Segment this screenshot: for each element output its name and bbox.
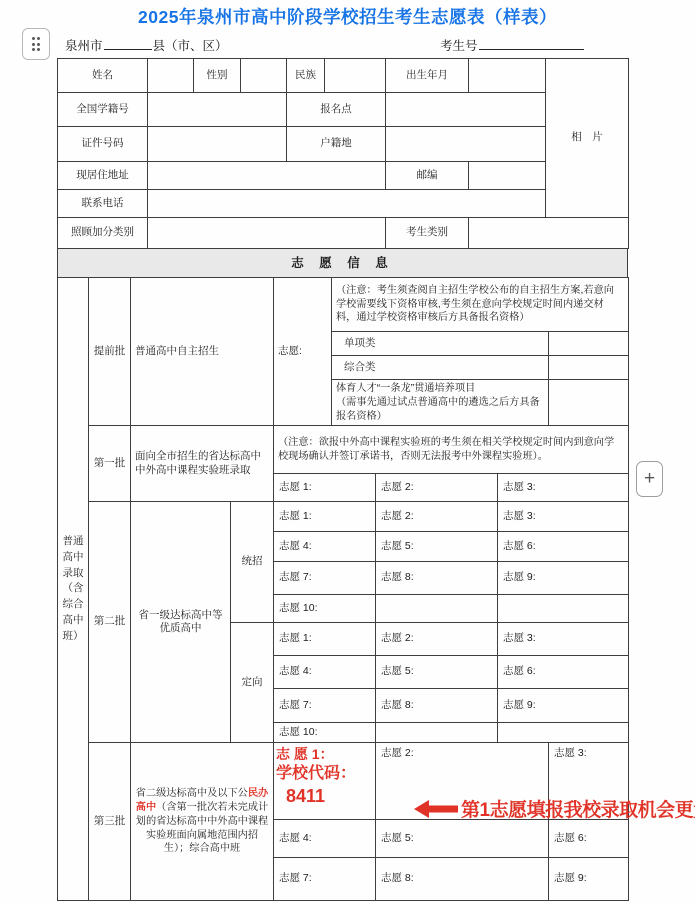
promo-school-code-label: 学校代码： <box>276 764 373 785</box>
b2-dx-label-cell: 定向 <box>231 623 274 743</box>
info-table: 姓名 性别 民族 出生年月 相 片 全国学籍号 报名点 证件号码 户籍地 <box>57 58 629 249</box>
candidate-type-value <box>469 218 629 249</box>
phone-value <box>148 190 546 218</box>
candidate-no-label: 考生号 <box>440 39 478 53</box>
plus-icon: + <box>644 468 655 490</box>
name-value <box>148 59 194 93</box>
pre-sports-cell: 体育人才“一条龙”贯通培养项目 （需事先通过试点普通高中的遴选之后方具备报名资格… <box>332 380 549 426</box>
household-label: 户籍地 <box>287 127 386 162</box>
wish-cell: 志愿 2: <box>376 474 498 502</box>
wish-cell: 志愿 1: <box>274 502 376 532</box>
pre-wish-label-cell: 志愿: <box>274 278 332 426</box>
gender-label: 性别 <box>194 59 241 93</box>
wish-cell: 志愿 10: <box>274 723 376 743</box>
b2-tz-label-cell: 统招 <box>231 502 274 623</box>
batch-label-b1: 第一批 <box>89 426 131 502</box>
wish-cell: 志愿 3: <box>498 623 629 656</box>
student-id-label: 全国学籍号 <box>58 93 148 127</box>
batch-label-b2: 第二批 <box>89 502 131 743</box>
application-form: 姓名 性别 民族 出生年月 相 片 全国学籍号 报名点 证件号码 户籍地 <box>57 58 628 901</box>
wish-cell: 志愿 10: <box>274 595 376 623</box>
wish-cell: 志愿 5: <box>376 820 549 858</box>
b3-desc-part2: （含第一批次若未完成计划的省达标高中中外高中课程实验班面向属地范围内招生）；综合… <box>136 802 268 854</box>
phone-label: 联系电话 <box>58 190 148 218</box>
promo-school-code-value: 8411 <box>276 785 373 808</box>
candidate-no-line: 考生号 <box>440 36 585 54</box>
address-label: 现居住地址 <box>58 162 148 190</box>
region-line: 泉州市县（市、区） <box>65 36 228 54</box>
wish-cell: 志愿 6: <box>498 656 629 689</box>
address-value <box>148 162 386 190</box>
birth-label: 出生年月 <box>386 59 469 93</box>
pre-desc-cell: 普通高中自主招生 <box>131 278 274 426</box>
page-title: 2025年泉州市高中阶段学校招生考生志愿表（样表） <box>0 4 695 29</box>
wish-cell: 志愿 8: <box>376 562 498 595</box>
b1-desc-cell: 面向全市招生的省达标高中中外高中课程实验班录取 <box>131 426 274 502</box>
pre-note-cell: （注意：考生须查阅自主招生学校公布的自主招生方案,若意向学校需要线下资格审核,考… <box>332 278 629 332</box>
b1-note-cell: （注意：欲报中外高中课程实验班的考生须在相关学校规定时间内到意向学校现场确认并签… <box>274 426 629 474</box>
household-value <box>386 127 546 162</box>
wish-cell: 志愿 9: <box>498 562 629 595</box>
form-page: 2025年泉州市高中阶段学校招生考生志愿表（样表） 泉州市县（市、区） 考生号 … <box>0 0 695 902</box>
wish-cell: 志愿 5: <box>376 532 498 562</box>
wish-cell: 志愿 7: <box>274 858 376 901</box>
wish-cell: 志愿 7: <box>274 562 376 595</box>
cert-no-label: 证件号码 <box>58 127 148 162</box>
pre-single-value <box>549 332 629 356</box>
wish-cell <box>376 595 498 623</box>
region-suffix: 县（市、区） <box>153 39 228 53</box>
wish-cell: 志愿 4: <box>274 656 376 689</box>
group-label-cell: 普通高中录取（含综合高中班） <box>58 278 89 901</box>
student-id-value <box>148 93 287 127</box>
wish-cell: 志愿 5: <box>376 656 498 689</box>
wish-cell: 志愿 3: <box>498 502 629 532</box>
promo-wish-line1: 志 愿 1： <box>276 745 373 764</box>
birth-value <box>469 59 546 93</box>
pre-comp-value <box>549 356 629 380</box>
wish-cell: 志愿 9: <box>498 689 629 723</box>
bonus-type-value <box>148 218 386 249</box>
reg-point-label: 报名点 <box>287 93 386 127</box>
photo-cell: 相 片 <box>546 59 629 218</box>
b2-desc-cell: 省一级达标高中等优质高中 <box>131 502 231 743</box>
batch-label-b3: 第三批 <box>89 743 131 901</box>
red-arrow-icon <box>414 798 458 820</box>
ethnicity-label: 民族 <box>287 59 325 93</box>
wish-cell: 志愿 3: <box>498 474 629 502</box>
postcode-label: 邮编 <box>386 162 469 190</box>
drag-handle-button[interactable] <box>22 28 50 60</box>
postcode-value <box>469 162 546 190</box>
pre-sports-value <box>549 380 629 426</box>
b3-desc-cell: 省二级达标高中及以下公民办高中（含第一批次若未完成计划的省达标高中中外高中课程实… <box>131 743 274 901</box>
wish-cell: 志愿 2: <box>376 502 498 532</box>
candidate-type-label: 考生类别 <box>386 218 469 249</box>
wish-cell <box>498 723 629 743</box>
promo-annotation: 第1志愿填报我校录取机会更大 <box>414 795 695 822</box>
wish-cell <box>376 723 498 743</box>
cert-no-value <box>148 127 287 162</box>
wish-cell: 志愿 4: <box>274 532 376 562</box>
name-label: 姓名 <box>58 59 148 93</box>
wish-cell: 志愿 8: <box>376 858 549 901</box>
wish-cell: 志愿 1: <box>274 474 376 502</box>
add-button[interactable]: + <box>636 461 663 497</box>
wish-cell: 志愿 6: <box>549 820 629 858</box>
wish-cell: 志愿 6: <box>498 532 629 562</box>
region-prefix: 泉州市 <box>65 39 103 53</box>
candidate-no-blank-line <box>479 37 584 50</box>
wish-cell: 志愿 2: <box>376 623 498 656</box>
wish-cell <box>498 595 629 623</box>
promo-wish-overlay: 志 愿 1： 学校代码： 8411 <box>274 743 376 820</box>
wish-cell: 志愿 7: <box>274 689 376 723</box>
drag-handle-icon <box>32 37 41 51</box>
promo-text: 第1志愿填报我校录取机会更大 <box>461 795 695 822</box>
wish-cell: 志愿 9: <box>549 858 629 901</box>
reg-point-value <box>386 93 546 127</box>
pre-single-cell: 单项类 <box>332 332 549 356</box>
wish-cell: 志愿 4: <box>274 820 376 858</box>
pre-comp-cell: 综合类 <box>332 356 549 380</box>
batch-label-pre: 提前批 <box>89 278 131 426</box>
wish-cell: 志愿 8: <box>376 689 498 723</box>
volunteer-section-header: 志 愿 信 息 <box>57 248 628 278</box>
region-blank-line <box>104 37 152 50</box>
ethnicity-value <box>325 59 386 93</box>
bonus-type-label: 照顾加分类别 <box>58 218 148 249</box>
b3-desc-part1: 省二级达标高中及以下公 <box>136 788 248 799</box>
gender-value <box>241 59 287 93</box>
wish-cell: 志愿 1: <box>274 623 376 656</box>
